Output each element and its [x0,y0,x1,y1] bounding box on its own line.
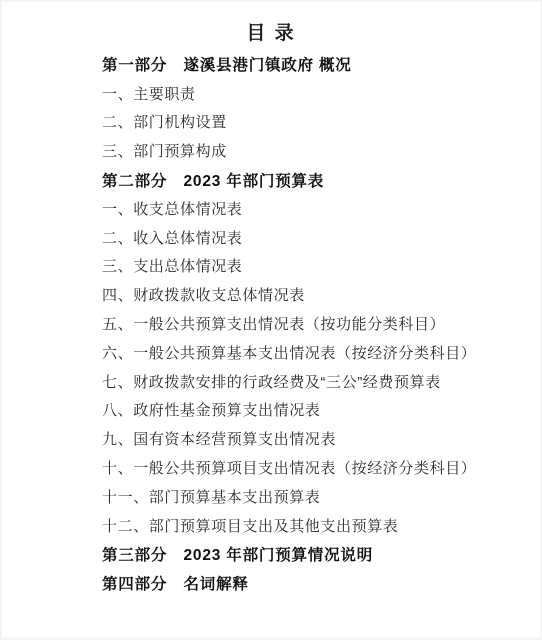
toc-item: 七、财政拨款安排的行政经费及“三公”经费预算表 [102,367,521,396]
page-title: 目 录 [1,1,541,49]
toc-item: 三、支出总体情况表 [102,252,521,281]
toc-item: 一、收支总体情况表 [102,194,521,223]
table-of-contents: 第一部分 遂溪县港门镇政府 概况 一、主要职责 二、部门机构设置 三、部门预算构… [1,49,541,597]
toc-item: 二、部门机构设置 [102,108,521,137]
toc-item: 六、一般公共预算基本支出情况表（按经济分类科目） [102,338,521,367]
toc-item: 四、财政拨款收支总体情况表 [102,280,521,309]
toc-item: 十一、部门预算基本支出预算表 [102,482,521,511]
toc-section-heading: 第四部分 名词解释 [102,568,521,597]
toc-item: 一、主要职责 [102,79,521,108]
toc-item: 八、政府性基金预算支出情况表 [102,396,521,425]
document-page: 目 录 第一部分 遂溪县港门镇政府 概况 一、主要职责 二、部门机构设置 三、部… [0,0,542,640]
toc-section-heading: 第三部分 2023 年部门预算情况说明 [102,540,521,569]
toc-item: 三、部门预算构成 [102,136,521,165]
toc-item: 五、一般公共预算支出情况表（按功能分类科目） [102,309,521,338]
toc-item: 九、国有资本经营预算支出情况表 [102,424,521,453]
toc-section-heading: 第二部分 2023 年部门预算表 [102,165,521,194]
toc-item: 十、一般公共预算项目支出情况表（按经济分类科目） [102,453,521,482]
toc-item: 二、收入总体情况表 [102,223,521,252]
toc-item: 十二、部门预算项目支出及其他支出预算表 [102,511,521,540]
toc-section-heading: 第一部分 遂溪县港门镇政府 概况 [102,50,521,79]
